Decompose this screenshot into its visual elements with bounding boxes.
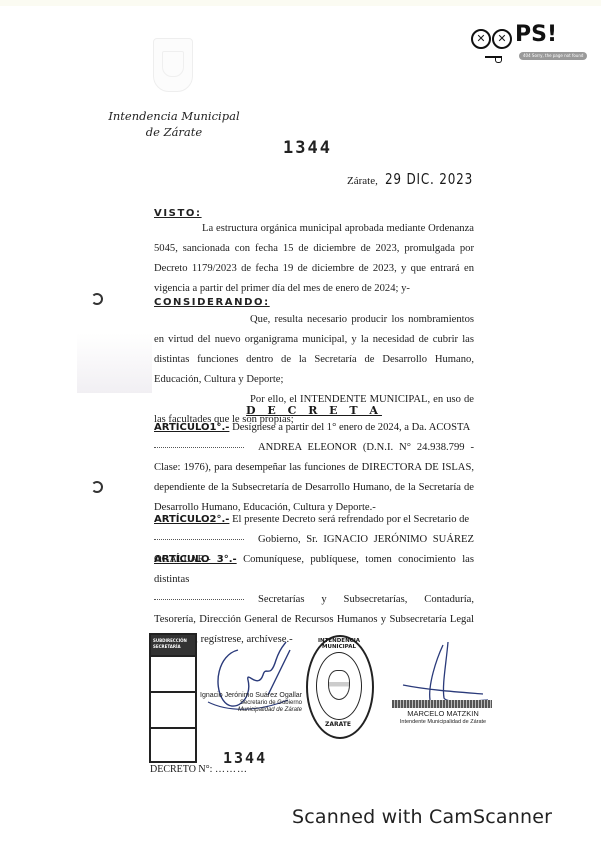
- article-1-text-rest: ANDREA ELEONOR (D.N.I. N° 24.938.799 - C…: [154, 442, 474, 513]
- dash-line: [154, 539, 244, 540]
- stamp-box-header: SUBDIRECCIÓN SECRETARÍA: [151, 635, 195, 655]
- secretary-role: Secretario de Gobierno: [192, 700, 302, 708]
- seal-bottom-text: ZARATE: [318, 721, 358, 728]
- dead-eyes-icon: ✕✕: [471, 26, 513, 49]
- article-1-label: ARTÍCULO1°.-: [154, 422, 229, 433]
- dash-line: [154, 599, 244, 600]
- decree-number-stamp: 1344: [283, 138, 332, 158]
- date-line: Zárate, 29 DIC. 2023: [347, 170, 495, 188]
- letterhead-line2: de Zárate: [104, 124, 244, 140]
- secretary-name: Ignacio Jerónimo Suárez Ogallar: [192, 692, 302, 700]
- argentina-coat-of-arms-icon: [328, 670, 350, 700]
- visto-text: La estructura orgánica municipal aprobad…: [154, 223, 474, 294]
- visto-heading: VISTO:: [154, 208, 202, 219]
- decreto-number-line: DECRETO N°: ………: [150, 764, 248, 775]
- punch-hole-icon: [91, 481, 103, 493]
- article-3: ARTÍCULO 3°.- Comuníquese, publíquese, t…: [154, 550, 474, 650]
- oops-badge: 404 Sorry, the page not found: [519, 52, 587, 60]
- article-1: ARTÍCULO1°.- Desígnese a partir del 1° e…: [154, 418, 474, 518]
- seal-top-text: INTENDENCIA MUNICIPAL: [304, 638, 374, 650]
- decreto-label: DECRETO N°:: [150, 764, 212, 775]
- approval-stamp-box: SUBDIRECCIÓN SECRETARÍA: [149, 633, 197, 763]
- dash-line: [154, 447, 244, 448]
- letterhead-line1: Intendencia Municipal: [104, 108, 244, 124]
- mayor-name-stamp-bar: [392, 700, 492, 708]
- secretary-org: Municipalidad de Zárate: [192, 707, 302, 715]
- considerando-paragraph-1: Que, resulta necesario producir los nomb…: [154, 314, 474, 385]
- punch-hole-icon: [91, 293, 103, 305]
- oops-text: PS!: [515, 22, 557, 47]
- considerando-heading: CONSIDERANDO:: [154, 297, 270, 308]
- decreta-heading: D E C R E T A: [154, 404, 474, 417]
- article-1-text-first: Desígnese a partir del 1° enero de 2024,…: [232, 422, 470, 433]
- article-2-label: ARTÍCULO2°.-: [154, 514, 229, 525]
- mayor-role: Intendente Municipalidad de Zárate: [386, 719, 500, 725]
- stamp-box-cell: [151, 691, 195, 727]
- secretary-signature-block: Ignacio Jerónimo Suárez Ogallar Secretar…: [192, 692, 302, 715]
- article-2-text-first: El presente Decreto será refrendado por …: [232, 514, 469, 525]
- stamp-box-cell: [151, 655, 195, 691]
- article-3-label: ARTÍCULO 3°.-: [154, 554, 237, 565]
- date-stamp: 29 DIC. 2023: [385, 170, 473, 188]
- scan-shadow: [77, 333, 152, 393]
- mayor-name: MARCELO MATZKIN: [390, 709, 496, 718]
- letterhead: Intendencia Municipal de Zárate: [104, 108, 244, 140]
- visto-paragraph: La estructura orgánica municipal aprobad…: [154, 219, 474, 299]
- oops-404-overlay: ✕✕ PS! 404 Sorry, the page not found: [465, 18, 601, 82]
- decreto-dots: ………: [215, 764, 248, 775]
- stamp-box-cell: [151, 727, 195, 763]
- date-place: Zárate,: [347, 175, 378, 187]
- faded-crest-emblem: [153, 38, 193, 92]
- tongue-icon: [485, 56, 501, 58]
- camscanner-watermark: Scanned with CamScanner: [292, 806, 552, 828]
- scan-edge: [0, 0, 601, 6]
